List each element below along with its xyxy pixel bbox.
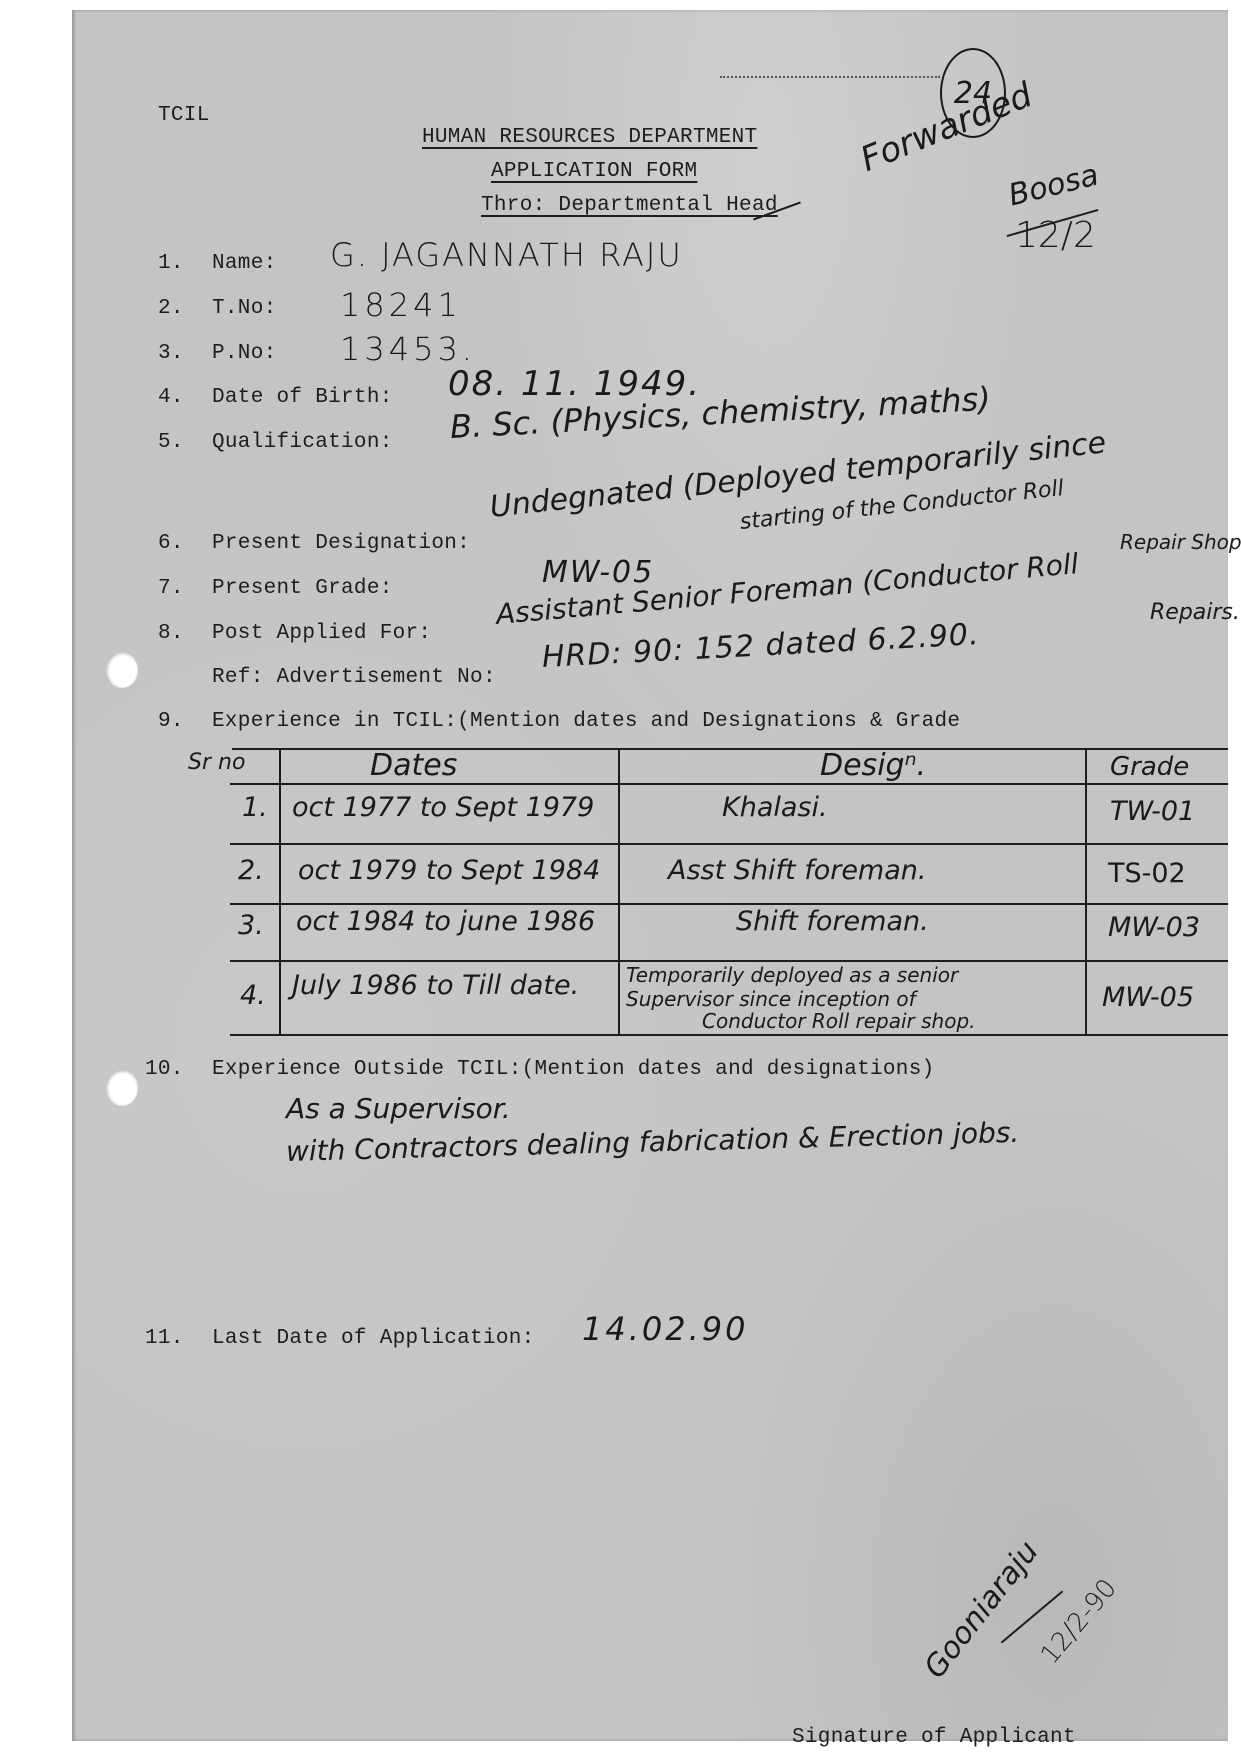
post-value-cont: Repairs.: [1150, 600, 1240, 625]
header-grade: Grade: [1110, 752, 1189, 782]
designation-value-cont2: Repair Shop: [1120, 530, 1241, 554]
field-num: 6.: [158, 532, 184, 555]
field-num: 7.: [158, 577, 184, 600]
department-heading: HUMAN RESOURCES DEPARTMENT: [422, 126, 757, 149]
org-label: TCIL: [158, 104, 210, 127]
field-num: 2.: [158, 297, 184, 320]
name-label: Name:: [212, 252, 277, 275]
header-srno: Sr no: [188, 750, 245, 775]
pno-value: 13453.: [340, 330, 476, 368]
field-num: 11.: [145, 1327, 184, 1350]
field-num: 3.: [158, 342, 184, 365]
tno-label: T.No:: [212, 297, 277, 320]
tno-value: 18241: [340, 286, 462, 324]
punch-hole: [106, 1070, 138, 1106]
punch-hole: [106, 652, 138, 688]
form-title: APPLICATION FORM: [491, 160, 697, 183]
post-label: Post Applied For:: [212, 622, 431, 645]
grade-label: Present Grade:: [212, 577, 393, 600]
dob-label: Date of Birth:: [212, 386, 393, 409]
field-num: 1.: [158, 252, 184, 275]
last-date-value: 14.02.90: [582, 1310, 749, 1348]
last-date-label: Last Date of Application:: [212, 1327, 535, 1350]
signature-label: Signature of Applicant: [792, 1726, 1076, 1749]
experience-outside-label: Experience Outside TCIL:(Mention dates a…: [212, 1058, 935, 1081]
pno-label: P.No:: [212, 342, 277, 365]
field-num: 9.: [158, 710, 184, 733]
experience-tcil-label: Experience in TCIL:(Mention dates and De…: [212, 710, 960, 733]
header-dates: Dates: [370, 748, 457, 783]
field-num: 5.: [158, 431, 184, 454]
designation-label: Present Designation:: [212, 532, 470, 555]
forwarded-date: 12/2: [1015, 215, 1096, 256]
field-num: 4.: [158, 386, 184, 409]
field-num: 10.: [145, 1058, 184, 1081]
ref-label: Ref: Advertisement No:: [212, 666, 496, 689]
outside-value-line1: As a Supervisor.: [286, 1092, 511, 1125]
field-num: 8.: [158, 622, 184, 645]
dotted-mark: [720, 76, 940, 78]
thro-line: Thro: Departmental Head: [481, 194, 778, 217]
qualification-label: Qualification:: [212, 431, 393, 454]
name-value: G. JAGANNATH RAJU: [330, 236, 683, 274]
header-desig: Desigⁿ.: [820, 748, 926, 783]
